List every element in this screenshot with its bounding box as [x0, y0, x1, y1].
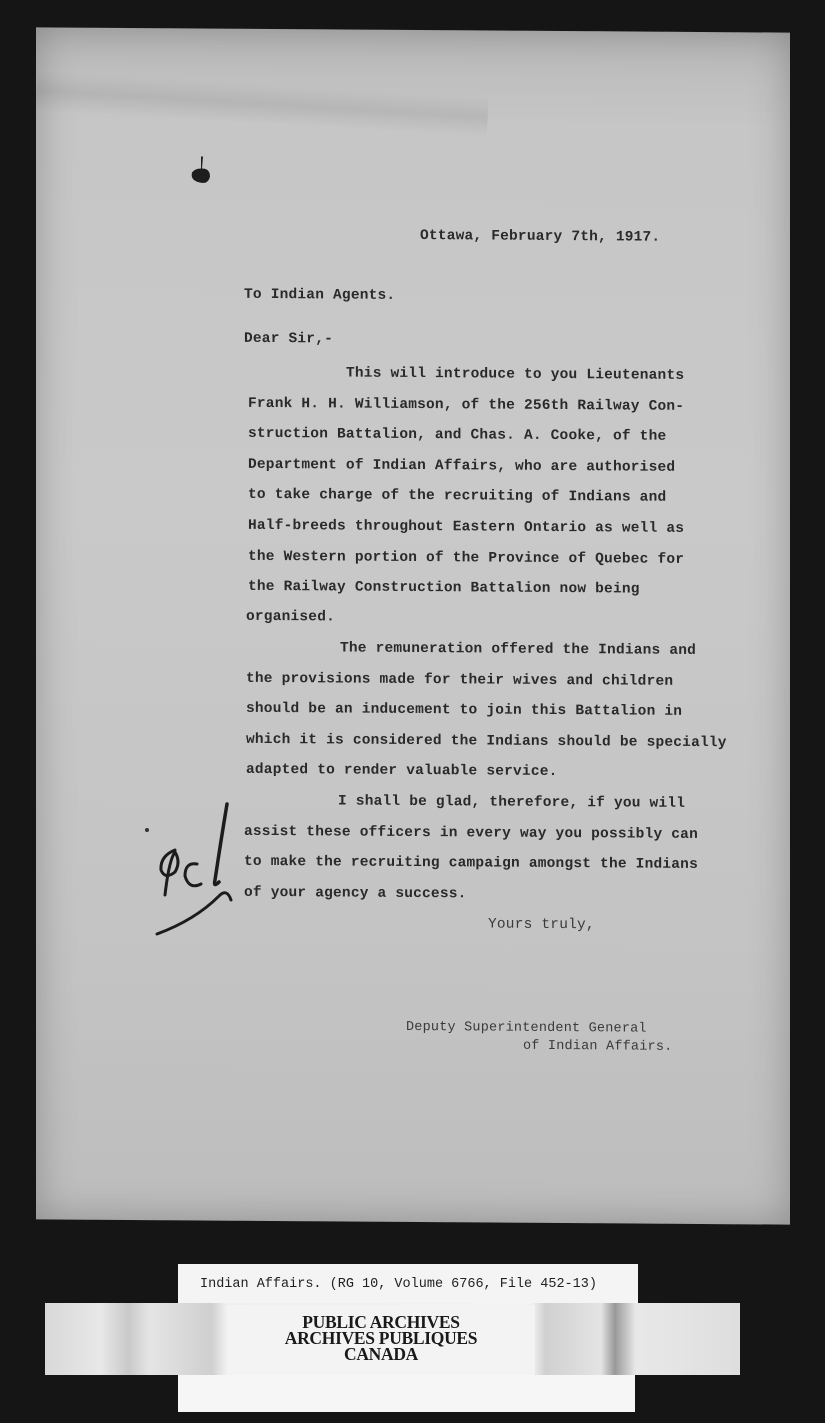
archive-bottom-strip [178, 1375, 635, 1412]
text-line: the provisions made for their wives and … [246, 671, 673, 690]
text-line: of your agency a success. [244, 885, 467, 903]
dateline: Ottawa, February 7th, 1917. [420, 228, 660, 246]
text-line: organised. [246, 609, 335, 626]
text-line: I shall be glad, therefore, if you will [338, 793, 685, 811]
signature-title-line-2: of Indian Affairs. [523, 1039, 672, 1055]
text-line: struction Battalion, and Chas. A. Cooke,… [248, 426, 666, 445]
text-line: to take charge of the recruiting of Indi… [248, 487, 666, 506]
letter-page: Ottawa, February 7th, 1917. To Indian Ag… [36, 27, 790, 1224]
text-line: which it is considered the Indians shoul… [246, 732, 727, 751]
text-line: This will introduce to you Lieutenants [346, 366, 684, 384]
stamp-line-3: CANADA [227, 1346, 535, 1362]
text-line: the Railway Construction Battalion now b… [248, 579, 640, 598]
text-line: The remuneration offered the Indians and [340, 640, 696, 658]
text-line: adapted to render valuable service. [246, 762, 558, 780]
text-line: should be an inducement to join this Bat… [246, 701, 682, 720]
archive-reference-text: Indian Affairs. (RG 10, Volume 6766, Fil… [200, 1277, 597, 1292]
paragraph-3: I shall be glad, therefore, if you will … [36, 27, 790, 32]
paragraph-2: The remuneration offered the Indians and… [36, 27, 790, 32]
text-line: Half-breeds throughout Eastern Ontario a… [248, 518, 684, 537]
addressee: To Indian Agents. [244, 287, 395, 304]
salutation: Dear Sir,- [244, 331, 333, 348]
ink-blot-icon [186, 154, 214, 186]
text-line: assist these officers in every way you p… [244, 824, 698, 843]
paragraph-1: This will introduce to you Lieutenants F… [36, 27, 790, 32]
text-line: the Western portion of the Province of Q… [248, 549, 684, 568]
text-line: to make the recruiting campaign amongst … [244, 854, 698, 873]
text-line: Frank H. H. Williamson, of the 256th Rai… [248, 396, 684, 415]
text-line: Department of Indian Affairs, who are au… [248, 457, 675, 476]
signature-title-line-1: Deputy Superintendent General [406, 1020, 647, 1037]
archive-stamp: PUBLIC ARCHIVES ARCHIVES PUBLIQUES CANAD… [227, 1314, 535, 1362]
closing: Yours truly, [488, 917, 595, 934]
handwritten-initials-icon [135, 800, 245, 945]
archive-reference-label: Indian Affairs. (RG 10, Volume 6766, Fil… [178, 1264, 638, 1306]
